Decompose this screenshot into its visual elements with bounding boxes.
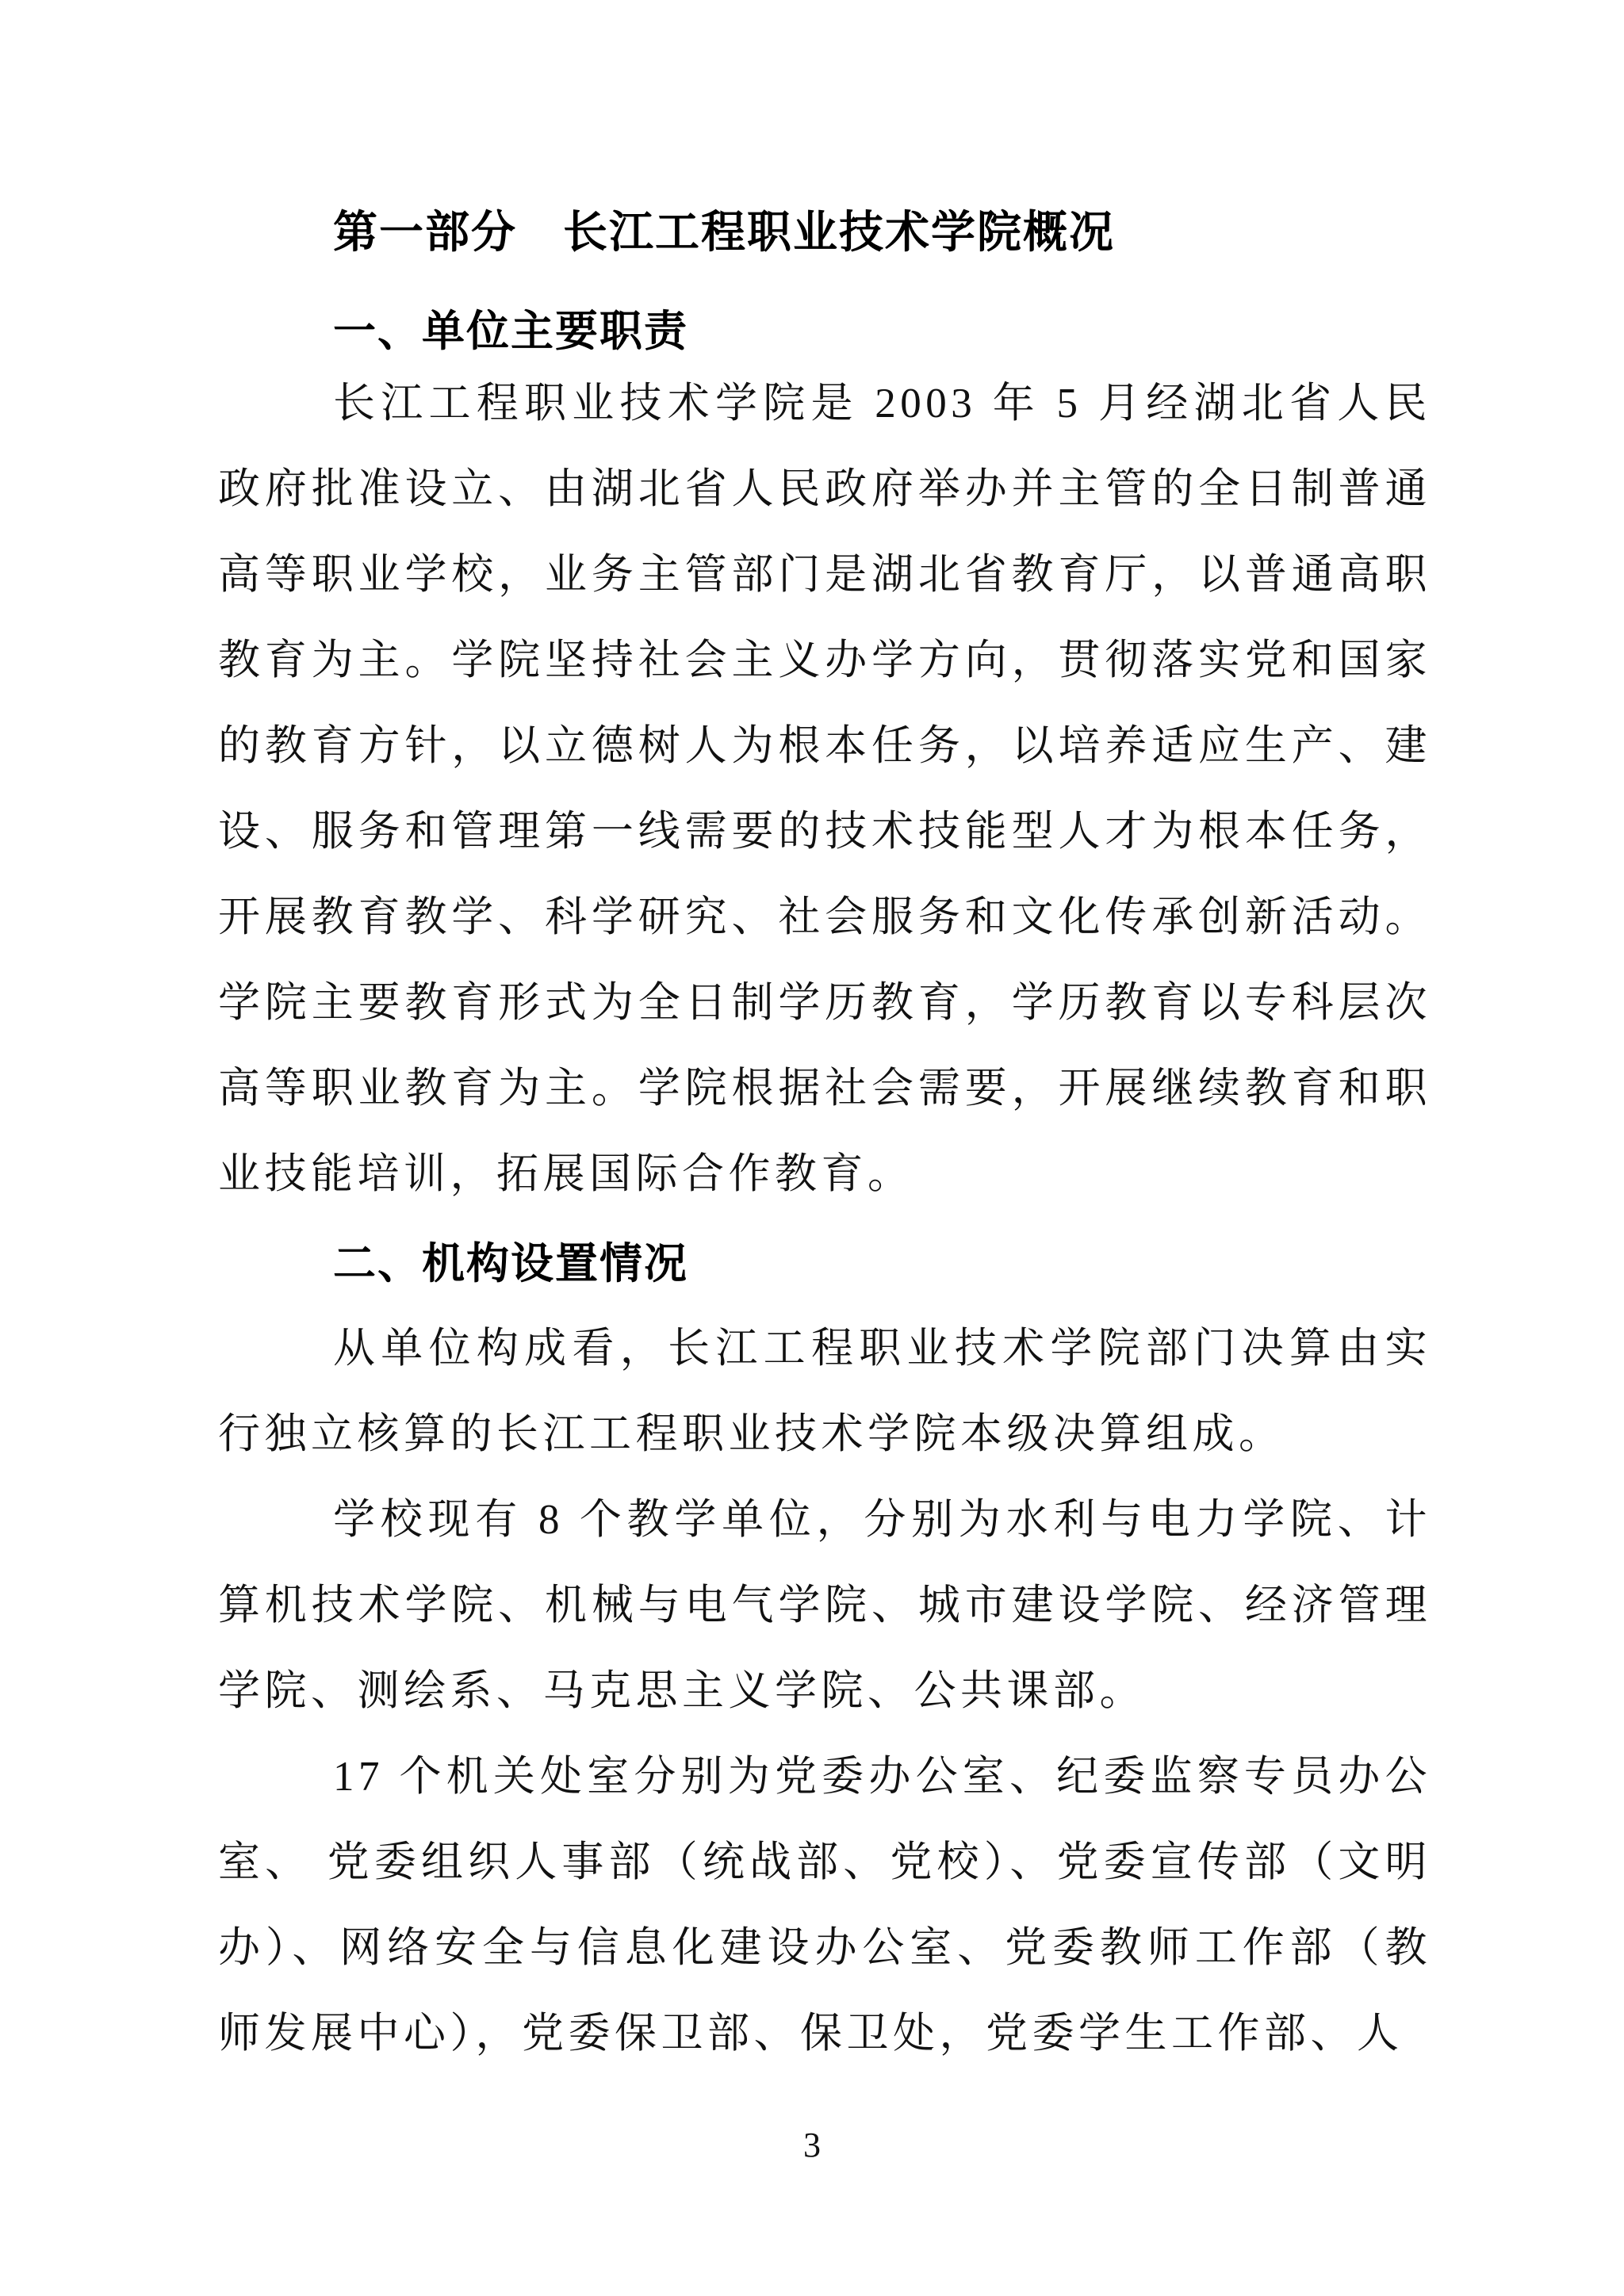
body-paragraph-3: 学校现有 8 个教学单位，分别为水利与电力学院、计算机技术学院、机械与电气学院、… [218,1477,1431,1734]
body-paragraph-4: 17 个机关处室分别为党委办公室、纪委监察专员办公室、 党委组织人事部（统战部、… [218,1734,1431,2076]
document-page: 第一部分 长江工程职业技术学院概况 一、单位主要职责 长江工程职业技术学院是 2… [0,0,1624,2296]
section-heading-1: 一、单位主要职责 [218,306,1431,357]
body-paragraph-1: 长江工程职业技术学院是 2003 年 5 月经湖北省人民政府批准设立、由湖北省人… [218,361,1431,1217]
page-number: 3 [0,2125,1624,2166]
body-paragraph-2: 从单位构成看，长江工程职业技术学院部门决算由实行独立核算的长江工程职业技术学院本… [218,1306,1431,1477]
document-title: 第一部分 长江工程职业技术学院概况 [218,205,1431,260]
section-heading-2: 二、机构设置情况 [218,1238,1431,1289]
